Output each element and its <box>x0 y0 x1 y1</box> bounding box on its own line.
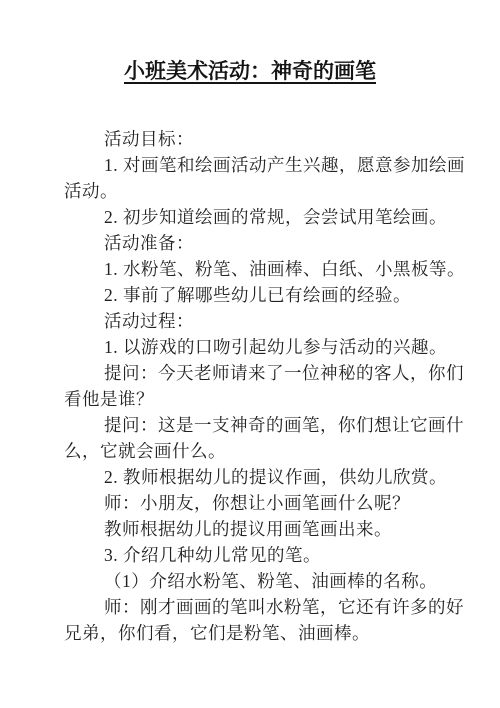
text-line: 提问：今天老师请来了一位神秘的客人，你们 <box>64 360 440 386</box>
text-line: 活动准备： <box>64 230 440 256</box>
document-body: 活动目标：1. 对画笔和绘画活动产生兴趣，愿意参加绘画活动。2. 初步知道绘画的… <box>64 126 440 646</box>
text-line: 师：刚才画画的笔叫水粉笔，它还有许多的好 <box>64 594 440 620</box>
text-line: 师：小朋友，你想让小画笔画什么呢？ <box>64 490 440 516</box>
text-line: 提问：这是一支神奇的画笔，你们想让它画什 <box>64 412 440 438</box>
page-title: 小班美术活动：神奇的画笔 <box>0 55 500 85</box>
text-line: 兄弟，你们看，它们是粉笔、油画棒。 <box>64 620 440 646</box>
text-line: 教师根据幼儿的提议用画笔画出来。 <box>64 516 440 542</box>
document-page: 小班美术活动：神奇的画笔 活动目标：1. 对画笔和绘画活动产生兴趣，愿意参加绘画… <box>0 0 500 708</box>
text-line: 活动。 <box>64 178 440 204</box>
text-line: 活动过程： <box>64 308 440 334</box>
text-line: 3. 介绍几种幼儿常见的笔。 <box>64 542 440 568</box>
text-line: 2. 事前了解哪些幼儿已有绘画的经验。 <box>64 282 440 308</box>
text-line: （1）介绍水粉笔、粉笔、油画棒的名称。 <box>64 568 440 594</box>
text-line: 看他是谁？ <box>64 386 440 412</box>
text-line: 1. 以游戏的口吻引起幼儿参与活动的兴趣。 <box>64 334 440 360</box>
text-line: 活动目标： <box>64 126 440 152</box>
text-line: 2. 初步知道绘画的常规，会尝试用笔绘画。 <box>64 204 440 230</box>
text-line: 2. 教师根据幼儿的提议作画，供幼儿欣赏。 <box>64 464 440 490</box>
page-title-text: 小班美术活动：神奇的画笔 <box>124 60 376 83</box>
text-line: 1. 对画笔和绘画活动产生兴趣，愿意参加绘画 <box>64 152 440 178</box>
text-line: 么，它就会画什么。 <box>64 438 440 464</box>
text-line: 1. 水粉笔、粉笔、油画棒、白纸、小黑板等。 <box>64 256 440 282</box>
